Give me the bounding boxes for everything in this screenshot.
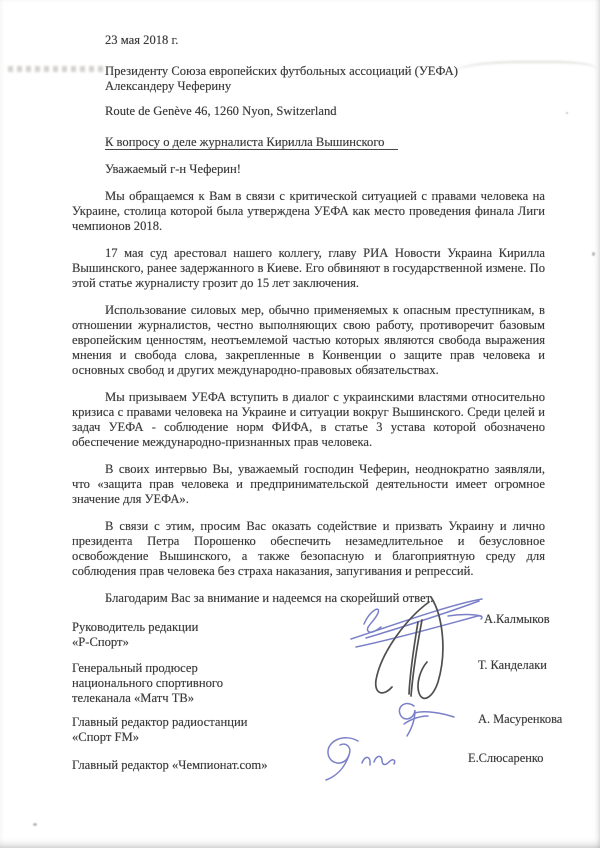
subject-line: К вопросу о деле журналиста Кирилла Выши… [105,135,545,150]
letter-body: 23 мая 2018 г. Президенту Союза европейс… [0,0,600,848]
paragraph-6: В связи с этим, просим Вас оказать содей… [72,519,545,579]
recipient-name: Александеру Чеферину [105,79,545,94]
subject-text: К вопросу о деле журналиста Кирилла Выши… [105,135,398,150]
salutation: Уважаемый г-н Чеферин! [105,162,545,177]
closing-line: Благодарим Вас за внимание и надеемся на… [72,591,545,606]
recipient-address: Route de Genève 46, 1260 Nyon, Switzerla… [105,104,545,119]
paragraph-5: В своих интервью Вы, уважаемый господин … [72,462,545,507]
signatory-name-masurenkova: А. Масуренкова [478,712,562,726]
recipient-title: Президенту Союза европейских футбольных … [105,64,545,79]
paragraph-2: 17 мая суд арестовал нашего коллегу, гла… [72,246,545,291]
paragraph-3: Использование силовых мер, обычно примен… [72,303,545,378]
letter-date: 23 мая 2018 г. [105,33,545,48]
paragraph-1: Мы обращаемся к Вам в связи с критическо… [72,189,545,234]
scanned-letter-page: 23 мая 2018 г. Президенту Союза европейс… [0,0,600,848]
signatory-title-sportfm: Главный редактор радиостанции «Спорт FM» [72,715,545,745]
signatory-title-rsport: Руководитель редакции «Р-Спорт» [72,620,545,650]
letter-header: 23 мая 2018 г. Президенту Союза европейс… [105,33,545,177]
signature-section: Руководитель редакции «Р-Спорт» Генераль… [72,620,545,800]
paragraph-4: Мы призываем УЕФА вступить в диалог с ук… [72,390,545,450]
signatory-name-kalmykov: А.Калмыков [484,612,550,626]
signatory-name-slyusarenko: Е.Слюсаренко [468,751,543,765]
signatory-title-matchtv: Генеральный продюсер национального спорт… [72,661,545,706]
signatory-name-kandelaki: Т. Канделаки [478,658,547,672]
